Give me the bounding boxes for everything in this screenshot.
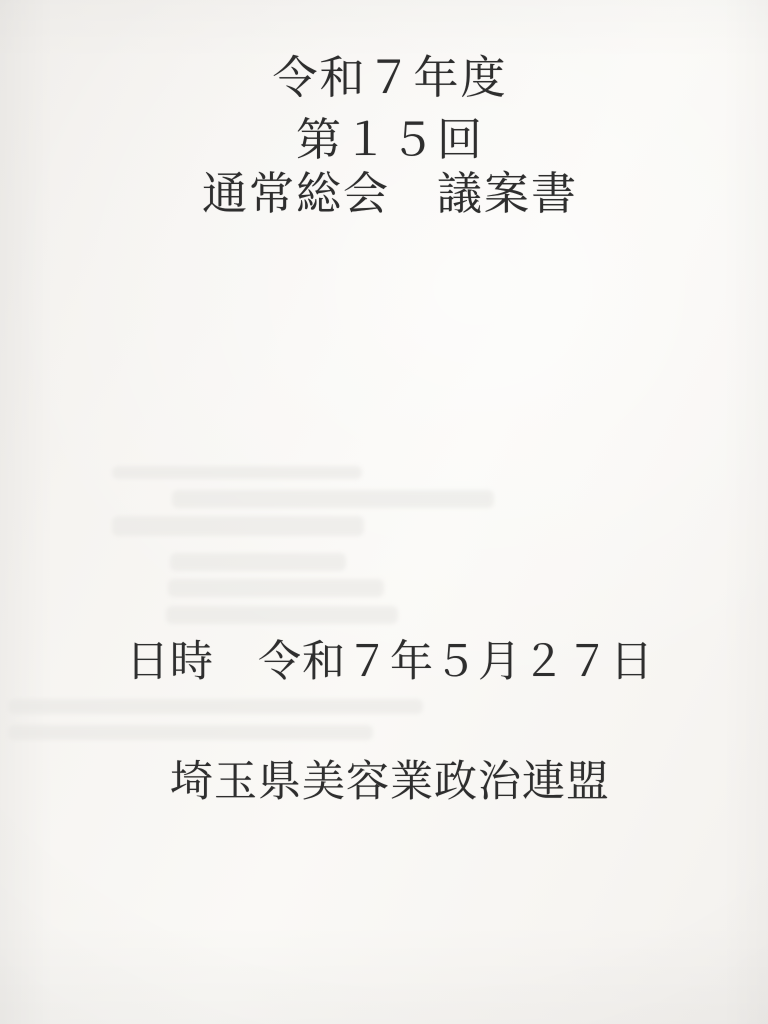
meeting-number-line: 第１５回: [0, 110, 768, 170]
bleedthrough-smudge: [8, 725, 373, 740]
organization-name: 埼玉県美容業政治連盟: [0, 756, 768, 808]
document-title-line: 通常総会 議案書: [0, 164, 768, 224]
bleedthrough-smudge: [166, 606, 398, 624]
bleedthrough-smudge: [112, 466, 362, 479]
bleedthrough-smudge: [8, 699, 423, 714]
meeting-date-line: 日時 令和７年５月２７日: [0, 636, 768, 688]
bleedthrough-smudge: [170, 553, 346, 571]
bleedthrough-smudge: [112, 516, 364, 536]
fiscal-year-line: 令和７年度: [0, 48, 768, 108]
document-cover-page: 令和７年度 第１５回 通常総会 議案書 日時 令和７年５月２７日 埼玉県美容業政…: [0, 0, 768, 1024]
bleedthrough-smudge: [168, 579, 384, 597]
bleedthrough-smudge: [172, 490, 494, 508]
